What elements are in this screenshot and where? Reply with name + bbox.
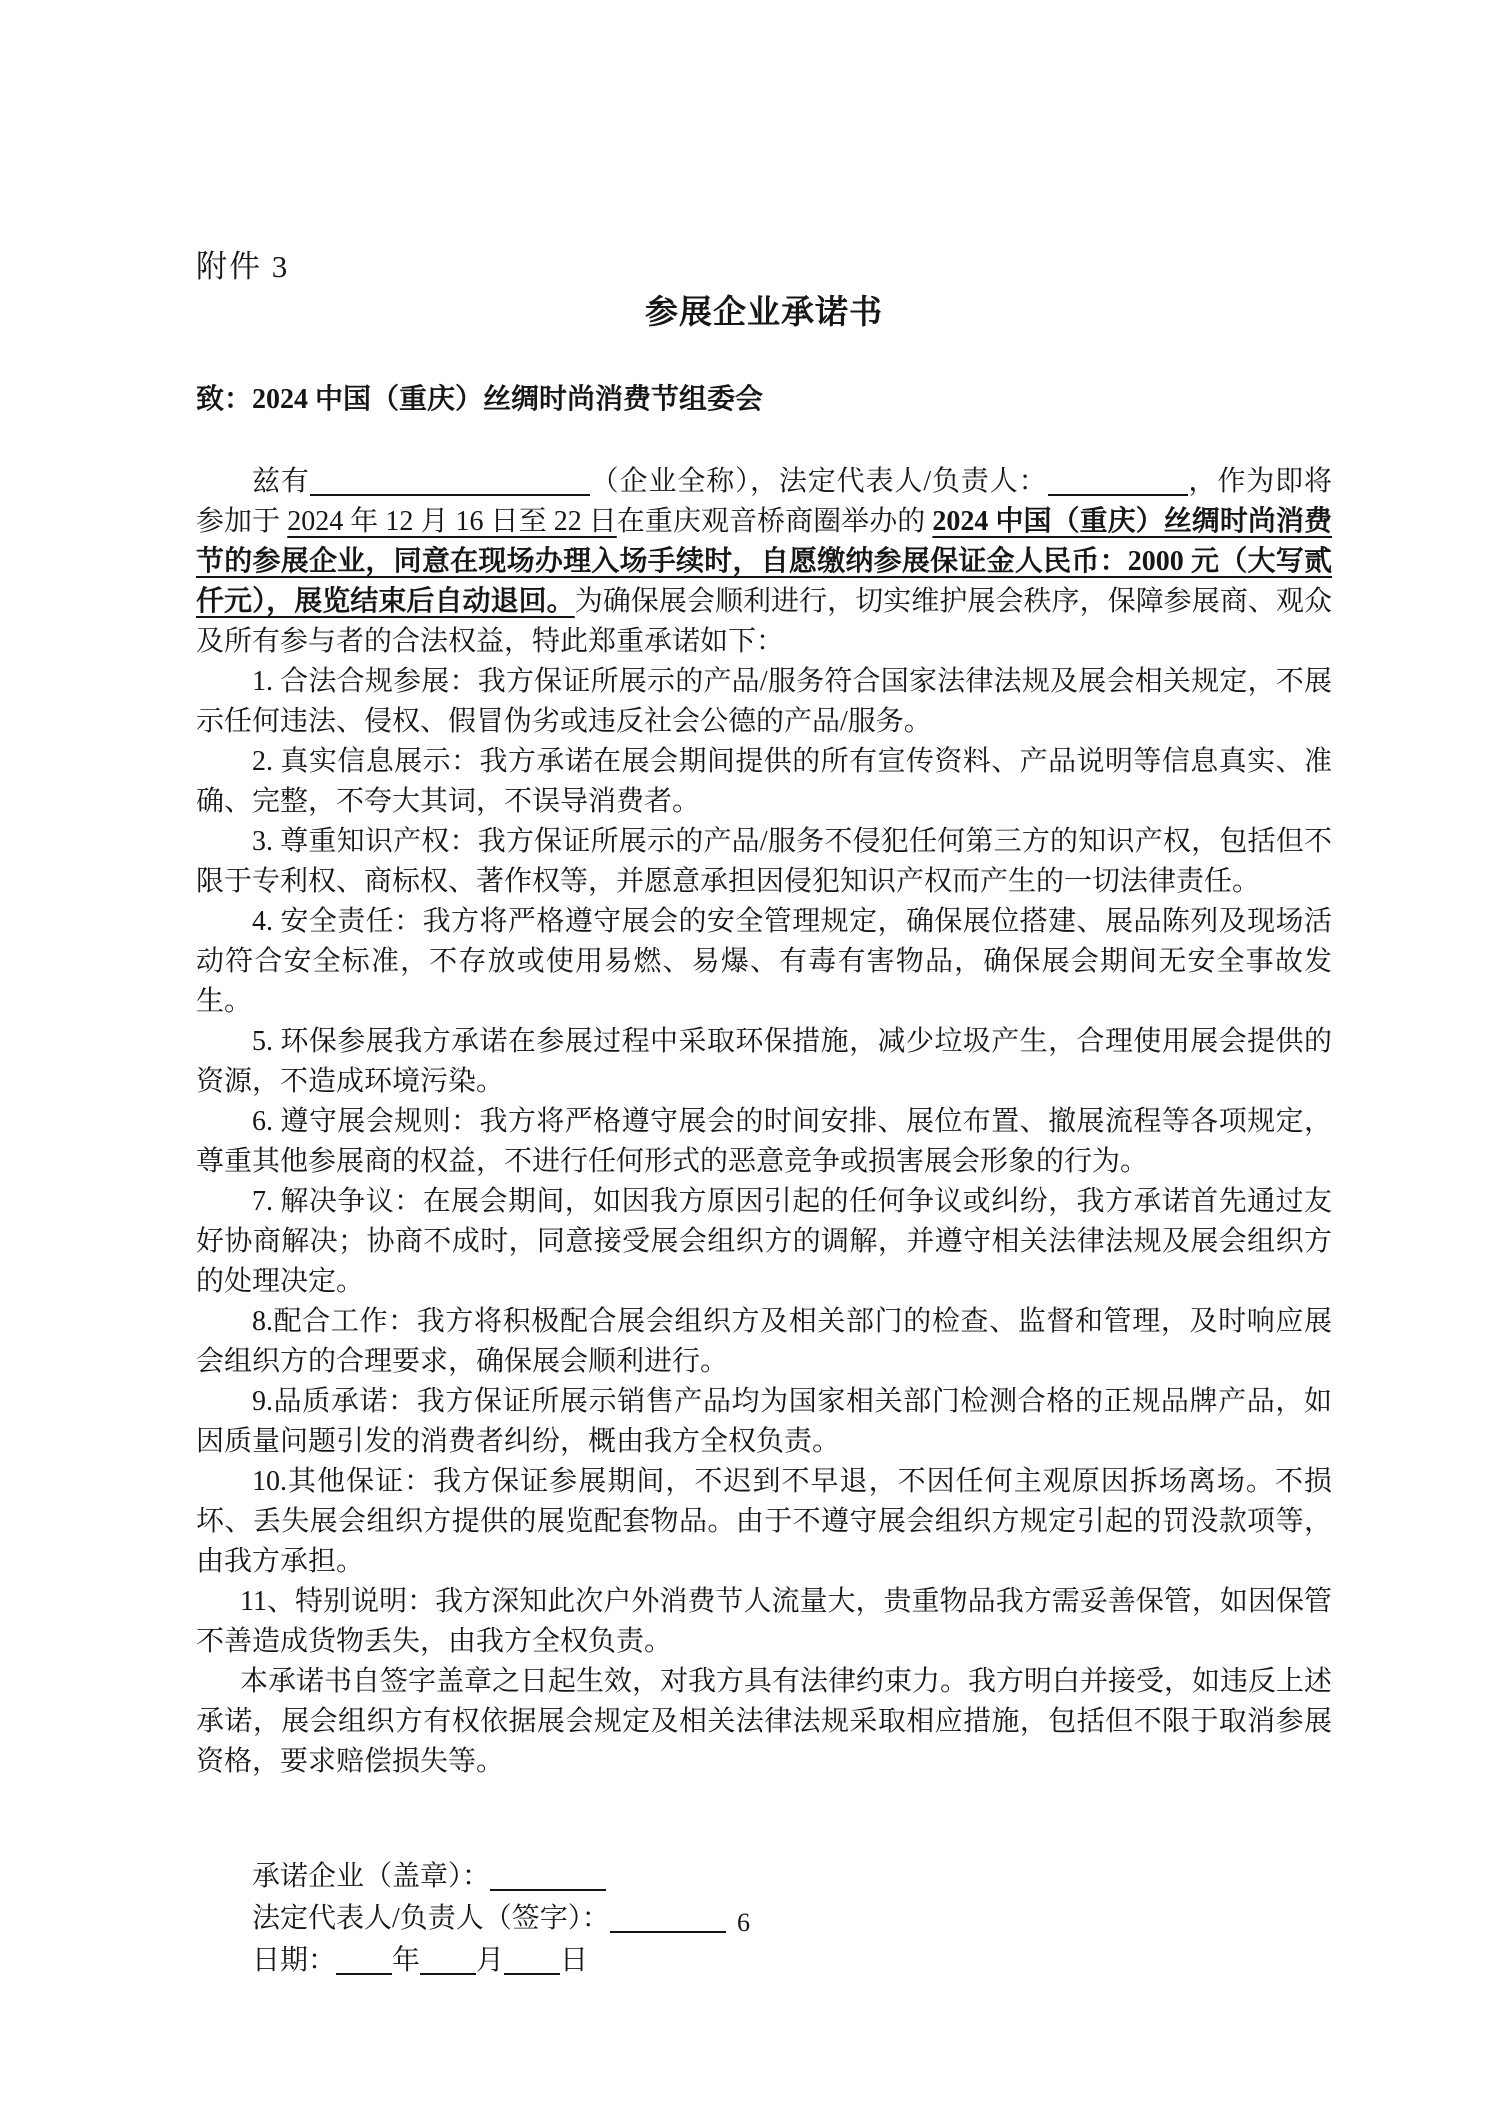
- date-year-blank: [336, 1943, 392, 1975]
- representative-name-blank: [1048, 464, 1188, 496]
- text-run: （企业全称），法定代表人/负责人：: [590, 466, 1048, 497]
- commitment-item-1: 1. 合法合规参展：我方保证所展示的产品/服务符合国家法律法规及展会相关规定，不…: [196, 662, 1332, 742]
- text-run: 日期：: [252, 1945, 336, 1976]
- signature-date-line: 日期：年月日: [252, 1940, 1332, 1982]
- text-run: 兹有: [252, 466, 310, 497]
- text-run: 年: [392, 1945, 420, 1976]
- commitment-item-7: 7. 解决争议：在展会期间，如因我方原因引起的任何争议或纠纷，我方承诺首先通过友…: [196, 1182, 1332, 1302]
- date-month-blank: [420, 1943, 476, 1975]
- commitment-item-4: 4. 安全责任：我方将严格遵守展会的安全管理规定，确保展位搭建、展品陈列及现场活…: [196, 902, 1332, 1022]
- text-run: 日: [560, 1945, 588, 1976]
- commitment-item-9: 9.品质承诺：我方保证所展示销售产品均为国家相关部门检测合格的正规品牌产品，如因…: [196, 1382, 1332, 1462]
- company-name-blank: [310, 464, 590, 496]
- page-number: 6: [0, 1908, 1487, 1938]
- signature-company-line: 承诺企业（盖章）：: [252, 1856, 1332, 1898]
- commitment-item-11: 11、特别说明：我方深知此次户外消费节人流量大，贵重物品我方需妥善保管，如因保管…: [196, 1582, 1332, 1662]
- text-run: 在重庆观音桥商圈举办的: [617, 506, 933, 537]
- date-day-blank: [504, 1943, 560, 1975]
- event-dates: 2024 年 12 月 16 日至 22 日: [287, 506, 617, 537]
- commitment-list: 1. 合法合规参展：我方保证所展示的产品/服务符合国家法律法规及展会相关规定，不…: [196, 662, 1332, 1662]
- attachment-label: 附件 3: [196, 248, 1332, 286]
- commitment-item-8: 8.配合工作：我方将积极配合展会组织方及相关部门的检查、监督和管理，及时响应展会…: [196, 1302, 1332, 1382]
- document-content: 附件 3 参展企业承诺书 致：2024 中国（重庆）丝绸时尚消费节组委会 兹有（…: [196, 248, 1332, 1982]
- commitment-item-5: 5. 环保参展我方承诺在参展过程中采取环保措施，减少垃圾产生，合理使用展会提供的…: [196, 1022, 1332, 1102]
- page-title: 参展企业承诺书: [196, 292, 1332, 332]
- commitment-item-3: 3. 尊重知识产权：我方保证所展示的产品/服务不侵犯任何第三方的知识产权，包括但…: [196, 822, 1332, 902]
- text-run: 承诺企业（盖章）：: [252, 1861, 490, 1892]
- company-seal-blank: [490, 1859, 606, 1891]
- text-run: 月: [476, 1945, 504, 1976]
- commitment-item-2: 2. 真实信息展示：我方承诺在展会期间提供的所有宣传资料、产品说明等信息真实、准…: [196, 742, 1332, 822]
- commitment-item-10: 10.其他保证：我方保证参展期间，不迟到不早退，不因任何主观原因拆场离场。不损坏…: [196, 1462, 1332, 1582]
- opening-paragraph: 兹有（企业全称），法定代表人/负责人：，作为即将参加于 2024 年 12 月 …: [196, 462, 1332, 662]
- salutation-line: 致：2024 中国（重庆）丝绸时尚消费节组委会: [196, 380, 1332, 420]
- commitment-item-6: 6. 遵守展会规则：我方将严格遵守展会的时间安排、展位布置、撤展流程等各项规定，…: [196, 1102, 1332, 1182]
- document-page: 附件 3 参展企业承诺书 致：2024 中国（重庆）丝绸时尚消费节组委会 兹有（…: [0, 0, 1487, 2102]
- closing-paragraph: 本承诺书自签字盖章之日起生效，对我方具有法律约束力。我方明白并接受，如违反上述承…: [196, 1662, 1332, 1782]
